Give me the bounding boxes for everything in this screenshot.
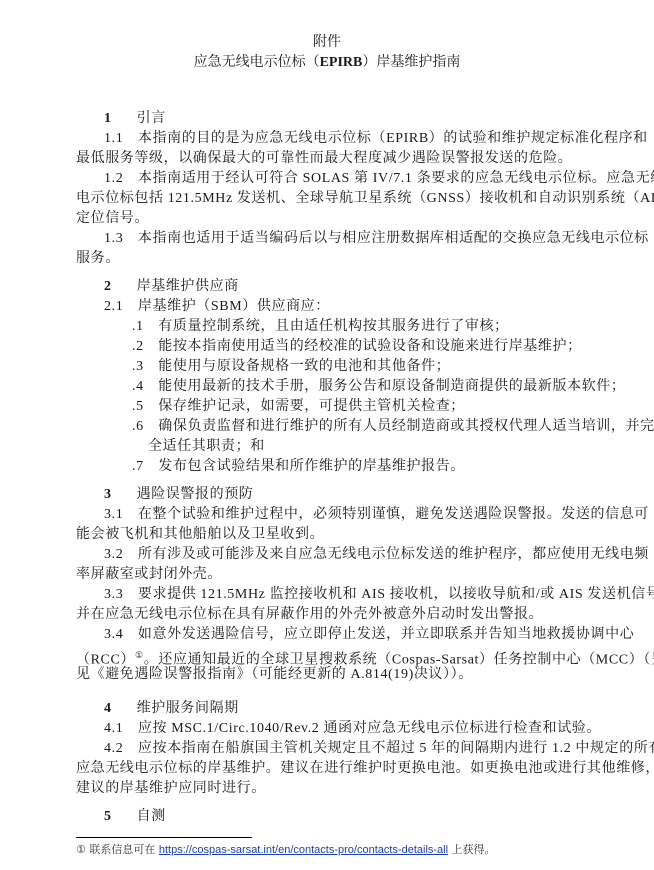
paragraph-line: 1.2 本指南适用于经认可符合 SOLAS 第 IV/7.1 条要求的应急无线电… [76,169,612,189]
paragraph-line: 1.3 本指南也适用于适当编码后以与相应注册数据库相适配的交换应急无线电示位标 [76,229,612,249]
section-heading-2: 2 岸基维护供应商 [76,277,612,297]
paragraph-line: 3.1 在整个试验和维护过程中，必须特别谨慎，避免发送遇险误警报。发送的信息可 [76,505,612,525]
paragraph-line: 并在应急无线电示位标在具有屏蔽作用的外壳外被意外启动时发出警报。 [76,605,584,625]
annex-label: 附件 [0,33,654,53]
section-heading-1: 1 引言 [76,109,612,129]
paragraph-line: 3.4 如意外发送遇险信号，应立即停止发送，并立即联系并告知当地救援协调中心 [76,625,612,645]
paragraph-line: 1.1 本指南的目的是为应急无线电示位标（EPIRB）的试验和维护规定标准化程序… [76,129,612,149]
list-item: .6 确保负责监督和进行维护的所有人员经制造商或其授权代理人适当培训，并完 [76,417,640,437]
footnote: ① 联系信息可在 https://cospas-sarsat.int/en/co… [76,842,496,858]
paragraph-line: 最低服务等级，以确保最大的可靠性而最大程度减少遇险误警报发送的危险。 [76,149,584,169]
footnote-separator [76,837,252,838]
paragraph-line: 应急无线电示位标的岸基维护。建议在进行维护时更换电池。如更换电池或进行其他维修， [76,759,584,779]
paragraph-line: 建议的岸基维护应同时进行。 [76,779,584,799]
list-item: .5 保存维护记录，如需要，可提供主管机关检查； [76,397,640,417]
contacts-link[interactable]: https://cospas-sarsat.int/en/contacts-pr… [159,844,448,856]
title-post: ）岸基维护指南 [362,55,460,70]
list-item: .2 能按本指南使用适当的经校准的试验设备和设施来进行岸基维护； [76,337,640,357]
list-item: .4 能使用最新的技术手册，服务公告和原设备制造商提供的最新版本软件； [76,377,640,397]
list-item: .3 能使用与原设备规格一致的电池和其他备件； [76,357,640,377]
section-heading-4: 4 维护服务间隔期 [76,699,612,719]
footnote-text-end: 上获得。 [448,843,496,856]
paragraph-line: 3.3 要求提供 121.5MHz 监控接收机和 AIS 接收机，以接收导航和/… [76,585,612,605]
subclause-2-1: 2.1 岸基维护（SBM）供应商应： [76,297,612,317]
paragraph-line: 服务。 [76,249,584,269]
paragraph-line: 定位信号。 [76,209,584,229]
footnote-text: 联系信息可在 [89,843,159,856]
footnote-mark: ① [76,843,86,856]
title-acronym: EPIRB [320,55,363,70]
paragraph-line: 见《避免遇险误警报指南》（可能经更新的 A.814(19)决议））。 [76,665,584,685]
list-item: .1 有质量控制系统，且由适任机构按其服务进行了审核； [76,317,640,337]
list-item-continuation: 全适任其职责；和 [76,437,654,457]
paragraph-line: 3.2 所有涉及或可能涉及来自应急无线电示位标发送的维护程序，都应使用无线电频 [76,545,612,565]
section-heading-3: 3 遇险误警报的预防 [76,485,612,505]
title-pre: 应急无线电示位标（ [194,55,320,70]
paragraph-line: 能会被飞机和其他船舶以及卫星收到。 [76,525,584,545]
paragraph-line: 电示位标包括 121.5MHz 发送机、全球导航卫星系统（GNSS）接收机和自动… [76,189,584,209]
section-heading-5: 5 自测 [76,807,612,827]
paragraph-line: 率屏蔽室或封闭外壳。 [76,565,584,585]
paragraph-line: 4.2 应按本指南在船旗国主管机关规定且不超过 5 年的间隔期内进行 1.2 中… [76,739,612,759]
list-item: .7 发布包含试验结果和所作维护的岸基维护报告。 [76,457,640,477]
document-title: 应急无线电示位标（EPIRB）岸基维护指南 [0,53,654,73]
footnote-reference[interactable]: ① [135,650,144,660]
paragraph-line: 4.1 应按 MSC.1/Circ.1040/Rev.2 通函对应急无线电示位标… [76,719,612,739]
